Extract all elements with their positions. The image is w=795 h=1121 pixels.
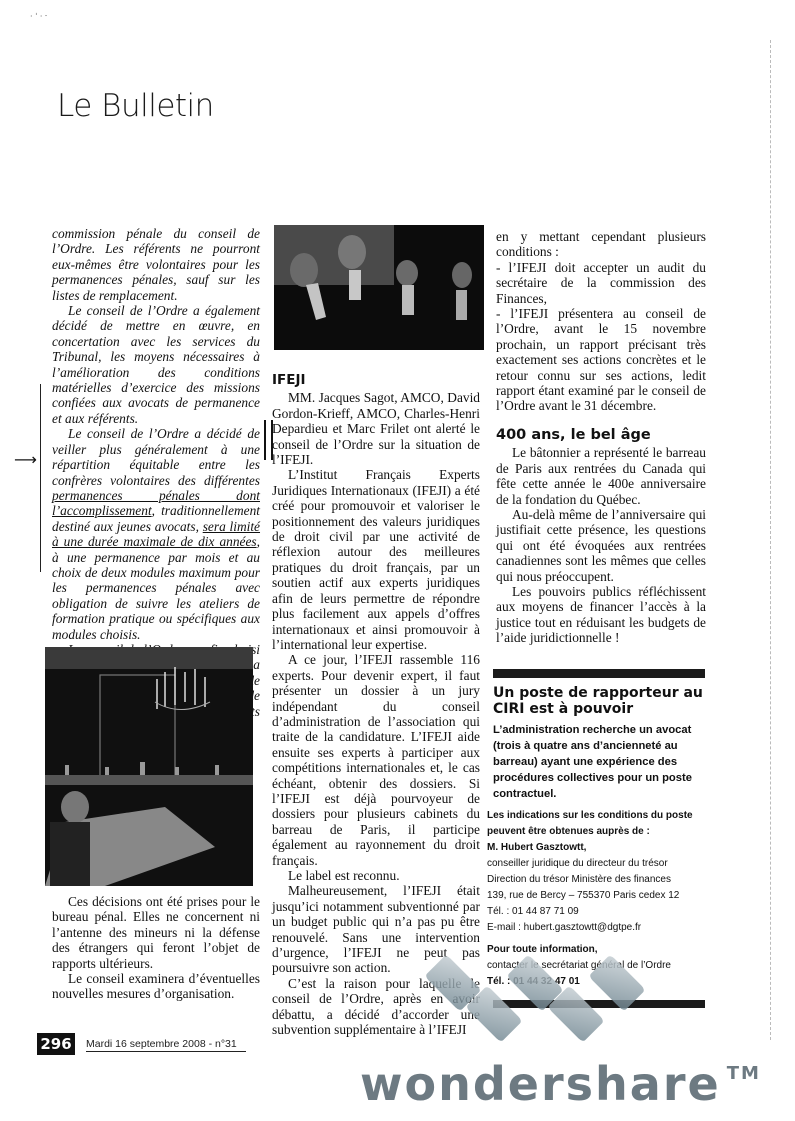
issue-date: Mardi 16 septembre 2008 - n°31 xyxy=(86,1038,246,1052)
paragraph: Le bâtonnier a représenté le barreau de … xyxy=(496,445,706,507)
list-item: - l’IFEJI présentera au conseil de l’Ord… xyxy=(496,306,706,414)
paragraph: en y mettant cependant plusieurs conditi… xyxy=(496,229,706,260)
box-bottom-rule xyxy=(493,1000,705,1008)
paragraph: Malheureusement, l’IFEJI était jusqu’ici… xyxy=(272,883,480,975)
text: , à une permanence par mois et au choix … xyxy=(52,534,260,641)
paragraph: Ces décisions ont été prises pour le bur… xyxy=(52,894,260,971)
contact-name: M. Hubert Gasztowtt, xyxy=(487,840,713,856)
paragraph: Les pouvoirs publics réfléchissent aux m… xyxy=(496,584,706,646)
ciri-box-title: Un poste de rapporteur au CIRI est à pou… xyxy=(493,685,708,717)
text: Le conseil de l’Ordre a décidé de veille… xyxy=(52,426,260,487)
photo-graphic xyxy=(274,225,484,350)
trademark: TM xyxy=(727,1063,761,1084)
paragraph: C’est la raison pour laquelle le conseil… xyxy=(272,976,480,1038)
masthead-title: Le Bulletin xyxy=(57,88,214,124)
council-room-photo xyxy=(45,647,253,886)
info-intro: Les indications sur les conditions du po… xyxy=(487,808,713,840)
watermark-text: wondershare xyxy=(360,1057,721,1111)
paragraph: Le conseil de l’Ordre a également décidé… xyxy=(52,303,260,426)
wondershare-watermark: wondershareTM xyxy=(360,1057,761,1111)
handwritten-bracket xyxy=(40,384,44,572)
paragraph: L’Institut Français Experts Juridiques I… xyxy=(272,467,480,652)
paragraph: commission pénale du conseil de l’Ordre.… xyxy=(52,226,260,303)
scan-edge-line xyxy=(770,40,772,1040)
photo-graphic xyxy=(45,647,253,886)
general-phone: Tél. : 01 44 32 47 01 xyxy=(487,974,713,990)
paragraph-annotated: Le conseil de l’Ordre a décidé de veille… xyxy=(52,426,260,642)
ciri-box-body: L’administration recherche un avocat (tr… xyxy=(493,722,713,802)
contact-org: Direction du trésor Ministère des financ… xyxy=(487,872,713,888)
scan-specks: · ˈ · ˑ xyxy=(30,12,48,21)
paragraph: Au-delà même de l’anniversaire qui justi… xyxy=(496,507,706,584)
column-1-continuation: Ces décisions ont été prises pour le bur… xyxy=(52,894,260,1002)
paragraph: A ce jour, l’IFEJI rassemble 116 experts… xyxy=(272,652,480,868)
ciri-contact-info: Les indications sur les conditions du po… xyxy=(487,808,713,990)
paragraph: Le conseil examinera d’éventuelles nouve… xyxy=(52,971,260,1002)
handwritten-arrow-icon: ⟶ xyxy=(14,450,37,469)
general-intro: Pour toute information, xyxy=(487,942,713,958)
contact-phone: Tél. : 01 44 87 71 09 xyxy=(487,904,713,920)
page-number: 296 xyxy=(37,1033,75,1055)
column-2-text: IFEJI MM. Jacques Sagot, AMCO, David Gor… xyxy=(272,373,480,1037)
paragraph: MM. Jacques Sagot, AMCO, David Gordon-Kr… xyxy=(272,390,480,467)
section-heading-400-ans: 400 ans, le bel âge xyxy=(496,428,706,443)
paragraph: Le label est reconnu. xyxy=(272,868,480,883)
column-3-text: en y mettant cependant plusieurs conditi… xyxy=(496,229,706,646)
four-lawyers-photo xyxy=(274,225,484,350)
contact-role: conseiller juridique du directeur du tré… xyxy=(487,856,713,872)
section-heading-ifeji: IFEJI xyxy=(272,373,480,388)
contact-address: 139, rue de Bercy – 755370 Paris cedex 1… xyxy=(487,888,713,904)
list-item: - l’IFEJI doit accepter un audit du secr… xyxy=(496,260,706,306)
general-contact: contacter le secrétariat général de l’Or… xyxy=(487,958,713,974)
contact-email[interactable]: E-mail : hubert.gasztowtt@dgtpe.fr xyxy=(487,920,713,936)
box-top-rule xyxy=(493,669,705,678)
